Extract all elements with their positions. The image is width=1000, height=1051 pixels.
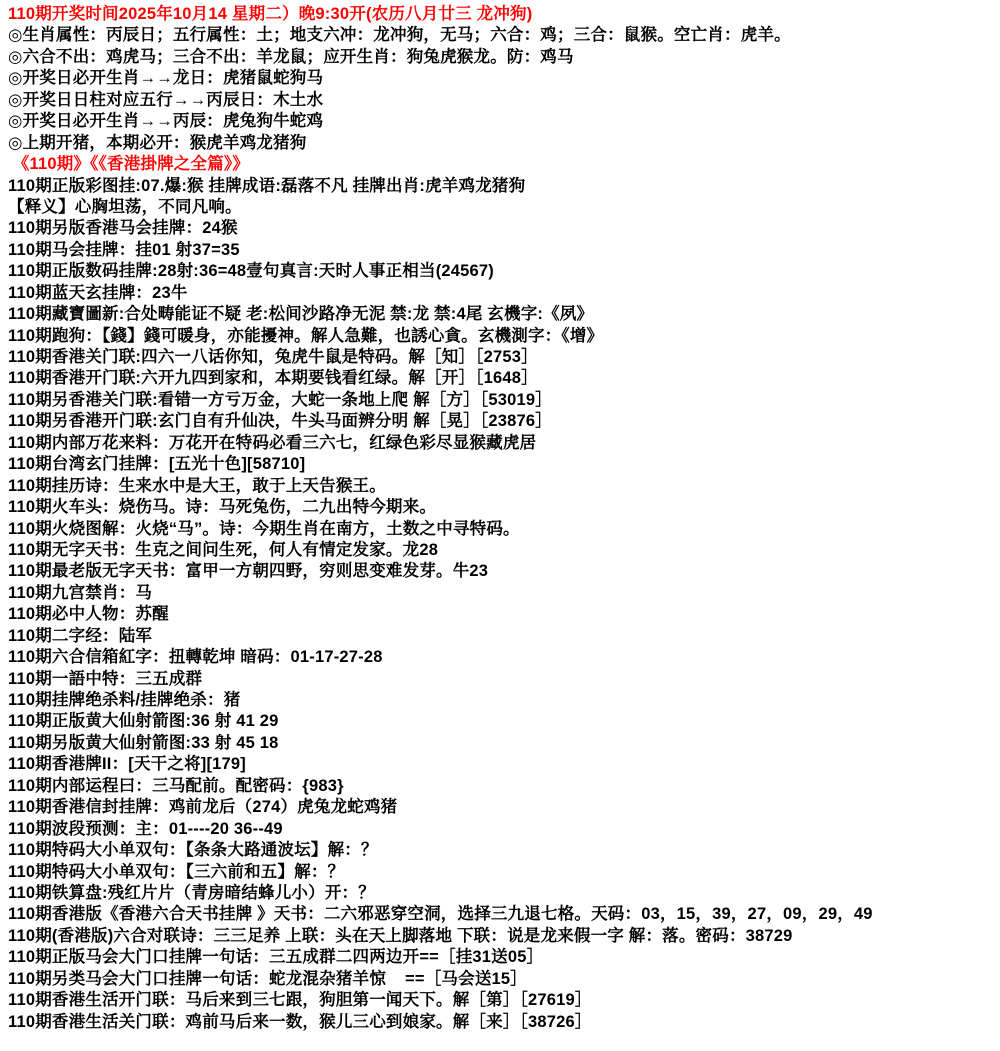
text-line: ◎生肖属性：丙辰日；五行属性：土；地支六冲：龙冲狗，无马；六合：鸡；三合：鼠猴。… [8,25,1000,46]
text-line: 110期九宫禁肖：马 [8,583,1000,604]
text-line: 110期另香港关门联:看错一方亏万金，大蛇一条地上爬 解［方］［53019］ [8,390,1000,411]
text-line: 110期铁算盘:残红片片（青房暗结蜂儿小）开：？ [8,883,1000,904]
text-line: 110期特码大小单双句：【三六前和五】解：？ [8,862,1000,883]
text-line: 110期香港生活关门联：鸡前马后来一数，猴儿三心到娘家。解［来］［38726］ [8,1012,1000,1033]
text-line: 【释义】心胸坦荡，不同凡响。 [8,197,1000,218]
text-line: 110期另类马会大门口挂牌一句话：蛇龙混杂猪羊惊 ==［马会送15］ [8,969,1000,990]
lottery-tips-list: 110期开奖时间2025年10月14 星期二）晚9:30开(农历八月廿三 龙冲狗… [8,4,1000,1033]
text-line: 110期二字经：陆军 [8,626,1000,647]
text-line: 110期最老版无字天书：富甲一方朝四野，穷则思变难发芽。牛23 [8,561,1000,582]
text-line: 110期马会挂牌：挂01 射37=35 [8,240,1000,261]
text-line: 110期香港开门联:六开九四到家和，本期要钱看红绿。解［开］［1648］ [8,368,1000,389]
text-line: 110期香港生活开门联：马后来到三七跟，狗胆第一闻天下。解［第］［27619］ [8,990,1000,1011]
text-line: 110期内部运程曰：三马配前。配密码：{983} [8,776,1000,797]
text-line: 110期另版香港马会挂牌：24猴 [8,218,1000,239]
text-line: 110期台湾玄门挂牌：[五光十色][58710] [8,454,1000,475]
text-line: ◎开奖日日柱对应五行→→丙辰日：木土水 [8,90,1000,111]
text-line: ◎开奖日必开生肖→→龙日：虎猪鼠蛇狗马 [8,68,1000,89]
text-line: 110期藏寶圖新:合处畴能证不疑 老:松间沙路净无泥 禁:龙 禁:4尾 玄機字:… [8,304,1000,325]
text-line: 110期波段预测：主：01----20 36--49 [8,819,1000,840]
text-line: 110期六合信箱紅字：扭轉乾坤 暗码：01-17-27-28 [8,647,1000,668]
text-line: 110期正版黄大仙射箭图:36 射 41 29 [8,711,1000,732]
text-line: 110期香港信封挂牌：鸡前龙后（274）虎兔龙蛇鸡猪 [8,797,1000,818]
text-line: 110期内部万花来料：万花开在特码必看三六七，红绿色彩尽显猴藏虎居 [8,433,1000,454]
text-line: 110期另版黄大仙射箭图:33 射 45 18 [8,733,1000,754]
text-line: 110期正版马会大门口挂牌一句话：三五成群二四两边开==［挂31送05］ [8,947,1000,968]
text-line: ◎开奖日必开生肖→→丙辰：虎兔狗牛蛇鸡 [8,111,1000,132]
text-line: 110期必中人物：苏醒 [8,604,1000,625]
text-line: 110期正版数码挂牌:28射:36=48壹句真言:天时人事正相当(24567) [8,261,1000,282]
text-line: 110期香港关门联:四六一八话你知，兔虎牛鼠是特码。解［知］［2753］ [8,347,1000,368]
text-line: 110期另香港开门联:玄门自有升仙决，牛头马面辨分明 解［晃］［23876］ [8,411,1000,432]
text-line: 110期正版彩图挂:07.爆:猴 挂牌成语:磊落不凡 挂牌出肖:虎羊鸡龙猪狗 [8,176,1000,197]
text-line: 110期无字天书：生克之间问生死，何人有情定发家。龙28 [8,540,1000,561]
lottery-info-page: 110期开奖时间2025年10月14 星期二）晚9:30开(农历八月廿三 龙冲狗… [0,0,1000,1033]
text-line: 110期跑狗：【錢】錢可暖身，亦能擾神。解人急難，也誘心貪。玄機測字：《增》 [8,326,1000,347]
text-line: 110期挂牌绝杀料/挂牌绝杀：猪 [8,690,1000,711]
text-line: 110期香港版《香港六合天书挂牌 》天书：二六邪恶穿空洞，选择三九退七格。天码：… [8,904,1000,925]
text-line: 110期一語中特：三五成群 [8,669,1000,690]
text-line: 110期蓝天玄挂牌：23牛 [8,283,1000,304]
text-line: 110期特码大小单双句：【条条大路通波坛】解：？ [8,840,1000,861]
text-line: ◎上期开猪，本期必开：猴虎羊鸡龙猪狗 [8,133,1000,154]
text-line: 110期香港牌II：[天干之将][179] [8,754,1000,775]
text-line: 110期挂历诗：生来水中是大王，敢于上天告猴王。 [8,476,1000,497]
text-line: ◎六合不出：鸡虎马；三合不出：羊龙鼠；应开生肖：狗兔虎猴龙。防：鸡马 [8,47,1000,68]
text-line: 110期(香港版)六合对联诗：三三足养 上联：头在天上脚落地 下联：说是龙来假一… [8,926,1000,947]
text-line: 110期火车头：烧伤马。诗：马死兔伤，二九出特今期来。 [8,497,1000,518]
text-line: 110期开奖时间2025年10月14 星期二）晚9:30开(农历八月廿三 龙冲狗… [8,4,1000,25]
text-line: 《110期》《《香港掛牌之全篇》》 [8,154,1000,175]
text-line: 110期火烧图解：火烧“马”。诗：今期生肖在南方，土数之中寻特码。 [8,519,1000,540]
